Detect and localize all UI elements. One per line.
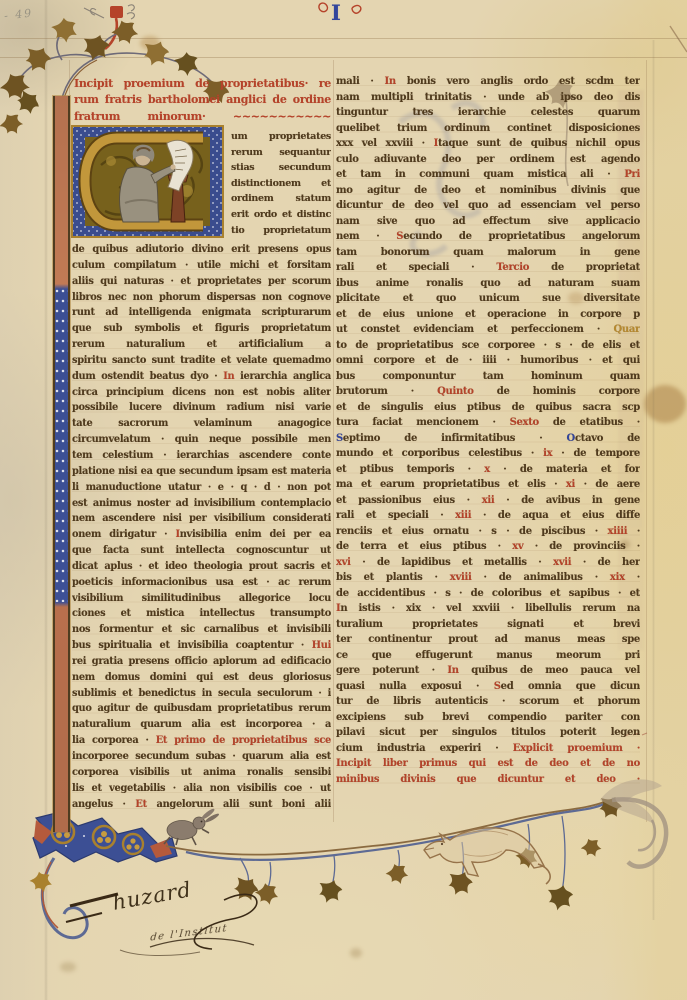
- text-line: de accidentibus · s · de coloribus et sa…: [336, 586, 640, 602]
- text-line: In istis · xix · vel xxviii · libellulis…: [336, 601, 640, 617]
- text-line: et de eius unione et operacione in corpo…: [336, 307, 640, 323]
- text-line: et tam in communi quam mistica ali · Pri: [336, 167, 640, 183]
- text-line: ut constet evidenciam et perfeccionem · …: [336, 322, 640, 338]
- text-line: nem domus domini qui est deus gloriosus: [72, 670, 331, 686]
- text-line: turalium proprietates signati et brevi: [336, 617, 640, 633]
- text-line: sublimis et benedictus in secula seculor…: [72, 686, 331, 702]
- text-line: est animus noster ad invisibilium contem…: [72, 496, 331, 512]
- text-line: que facta sunt intellecta cognoscuntur u…: [72, 543, 331, 559]
- text-line: onem dirigatur · Invisibilia enim dei pe…: [72, 527, 331, 543]
- text-line: rali et speciali · xiii · de aqua et eiu…: [336, 508, 640, 524]
- text-line: corporea visibilis ut anima ronalis sens…: [72, 765, 331, 781]
- left-column-initial-text: um proprietatesrerum sequanturstias secu…: [231, 129, 331, 238]
- text-line: minibus divinis que dicuntur et deo ·: [336, 772, 640, 788]
- text-line: excipiens sub brevi compendio pariter co…: [336, 710, 640, 726]
- text-line: fratrum minorum· ~~~~~~~~~~~: [74, 109, 331, 125]
- page-crease: [44, 0, 48, 1000]
- text-line: bus componuntur tam hominum quam: [336, 369, 640, 385]
- text-line: pilavi sicut per singulos titulos poteri…: [336, 725, 640, 741]
- text-line: dicuntur de deo vel quo ad essenciam vel…: [336, 198, 640, 214]
- text-line: gere poterunt · In quibus de meo pauca v…: [336, 663, 640, 679]
- text-line: circa principium dicens non est nobis al…: [72, 385, 331, 401]
- text-line: ibus anime ronalis quo ad naturam suam: [336, 276, 640, 292]
- right-column-text: mali · In bonis vero anglis ordo est scd…: [336, 74, 640, 787]
- text-line: um proprietates: [231, 129, 331, 145]
- text-line: dum ostendit beatus dyo · In ierarchia a…: [72, 369, 331, 385]
- ruling-line: [646, 60, 647, 822]
- text-line: rerum sequantur: [231, 145, 331, 161]
- text-line: Septimo de infirmitatibus · Octavo de: [336, 431, 640, 447]
- text-line: distinctionem et: [231, 176, 331, 192]
- text-line: nos formentur et sic carnalibus et invis…: [72, 622, 331, 638]
- rubric-incipit: Incipit proemium de proprietatibus· reru…: [74, 76, 331, 125]
- text-line: et ptibus temporis · x · de materia et f…: [336, 462, 640, 478]
- text-line: Incipit proemium de proprietatibus· re: [74, 76, 331, 92]
- text-line: spiritu sancto sunt tradite et velate qu…: [72, 353, 331, 369]
- text-line: quo agitur de quibusdam proprietatibus r…: [72, 701, 331, 717]
- ruling-line: [333, 60, 334, 822]
- manuscript-page: - 49 I: [0, 0, 687, 1000]
- text-line: bis et plantis · xviii · de animalibus ·…: [336, 570, 640, 586]
- text-line: quasi nulla exposui · Sed omnia que dicu…: [336, 679, 640, 695]
- historiated-initial-miniature: [71, 125, 224, 238]
- text-line: possibile lucere divinum radium nisi var…: [72, 400, 331, 416]
- text-line: incorporee secundum subas · quarum alia …: [72, 749, 331, 765]
- text-line: stias secundum: [231, 160, 331, 176]
- text-line: aliis qui naturas · et proprietates per …: [72, 274, 331, 290]
- text-line: et de singulis eius ptibus de quibus sac…: [336, 400, 640, 416]
- text-line: rali et speciali · Tercio de proprietat: [336, 260, 640, 276]
- text-line: poeticis informacionibus usa est · ac re…: [72, 575, 331, 591]
- text-line: mali · In bonis vero anglis ordo est scd…: [336, 74, 640, 90]
- border-bar-dots: [55, 289, 68, 602]
- text-line: Incipit liber primus qui est de deo et d…: [336, 756, 640, 772]
- text-line: tam bonorum quam malorum in gene: [336, 245, 640, 261]
- left-column-text: de quibus adiutorio divino erit presens …: [72, 242, 331, 812]
- text-line: tio proprietatum: [231, 223, 331, 239]
- text-line: nem · Secundo de proprietatibus angeloru…: [336, 229, 640, 245]
- text-line: xxx vel xxviii · Itaque sunt de quibus n…: [336, 136, 640, 152]
- text-line: ce que effugerunt manus meorum pri: [336, 648, 640, 664]
- text-line: et passionibus eius · xii · de avibus in…: [336, 493, 640, 509]
- text-line: circumvelatum · quin neque possibile men: [72, 432, 331, 448]
- text-line: rei gratia presens officio aplorum ad ed…: [72, 654, 331, 670]
- text-line: naturalium quarum alia est incorporea · …: [72, 717, 331, 733]
- text-line: tura faciat mencionem · Sexto de etatibu…: [336, 415, 640, 431]
- text-line: ter continentur prout ad manus meas spe: [336, 632, 640, 648]
- text-line: nam sive quo ad effectum sive applicacio: [336, 214, 640, 230]
- text-line: lis et vegetabilis · alia non visibilis …: [72, 781, 331, 797]
- parchment-stain: [60, 962, 76, 972]
- text-line: ordinem statum: [231, 191, 331, 207]
- text-line: nam multipli trinitatis · unde ab ipso d…: [336, 90, 640, 106]
- text-line: cium industria experiri · Explicit proem…: [336, 741, 640, 757]
- text-line: to de proprietatibus sce corporee · s · …: [336, 338, 640, 354]
- text-line: culum compilatum · utile michi et forsit…: [72, 258, 331, 274]
- text-line: angelus · Et angelorum alii sunt boni al…: [72, 797, 331, 813]
- text-line: runt ad intelligenda enigmata scripturar…: [72, 305, 331, 321]
- text-line: de terra et eius ptibus · xv · de provin…: [336, 539, 640, 555]
- text-line: quelibet trium ordinum continet disposic…: [336, 121, 640, 137]
- text-line: visibilium similitudinibus allegorice lo…: [72, 591, 331, 607]
- text-line: bus spiritualia et invisibilia coaptentu…: [72, 638, 331, 654]
- text-line: lia corporea · Et primo de proprietatibu…: [72, 733, 331, 749]
- text-line: plicitate et quo unicum sue diversitate: [336, 291, 640, 307]
- text-line: culo adiuvante deo per ordinem est agend…: [336, 152, 640, 168]
- header-numeral: I: [331, 0, 341, 25]
- text-line: tur de libris autenticis · scorum et pho…: [336, 694, 640, 710]
- text-line: li manuductione utatur · e · q · d · non…: [72, 480, 331, 496]
- ruling-line: [0, 57, 687, 58]
- text-line: tem celestium · ierarchias ascendere con…: [72, 448, 331, 464]
- text-line: ciones et mistica intellectus transumpto: [72, 606, 331, 622]
- parchment-stain: [350, 948, 362, 958]
- text-line: mo agitur de deo et nominibus divinis qu…: [336, 183, 640, 199]
- text-line: tate sacrorum velaminum anagogice: [72, 416, 331, 432]
- text-line: brutorum · Quinto de hominis corpore: [336, 384, 640, 400]
- text-line: rum fratris bartholomei anglici de ordin…: [74, 92, 331, 108]
- border-bar: [53, 96, 70, 832]
- text-line: erit ordo et distinc: [231, 207, 331, 223]
- text-line: rerum naturalium et artificialium a: [72, 337, 331, 353]
- text-line: que sub symbolis et figuris proprietatum: [72, 321, 331, 337]
- text-line: dicat aplus · et ideo theologia prout sa…: [72, 559, 331, 575]
- text-line: platione nisi ea que secundum ipsam est …: [72, 464, 331, 480]
- page-crease: [652, 40, 655, 920]
- text-line: renciis et eius ornatu · s · de piscibus…: [336, 524, 640, 540]
- text-line: nem ascendere nisi per visibilium consid…: [72, 511, 331, 527]
- parchment-stain: [644, 385, 686, 423]
- text-line: omni corpore et de · iiii · humoribus · …: [336, 353, 640, 369]
- text-line: mundo et corporibus celestibus · ix · de…: [336, 446, 640, 462]
- text-line: ma et earum proprietatibus et elis · xi …: [336, 477, 640, 493]
- text-line: libros nec non phorum dispersas non cogn…: [72, 290, 331, 306]
- text-line: tinguntur tres ierarchie celestes quarum: [336, 105, 640, 121]
- text-line: de quibus adiutorio divino erit presens …: [72, 242, 331, 258]
- ruling-line: [0, 38, 687, 39]
- text-line: xvi · de lapidibus et metallis · xvii · …: [336, 555, 640, 571]
